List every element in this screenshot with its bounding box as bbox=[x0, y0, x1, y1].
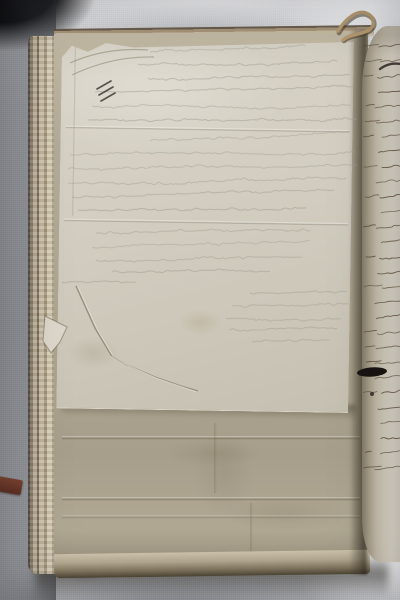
sheet-crease bbox=[66, 125, 350, 132]
sheet-crease bbox=[64, 218, 348, 225]
under-page-crease bbox=[62, 436, 360, 440]
page-bottom-edge bbox=[54, 550, 370, 578]
under-page-vertical-mark bbox=[250, 503, 253, 553]
under-page-crease bbox=[62, 515, 360, 519]
under-page-crease bbox=[62, 497, 360, 501]
right-page-edge bbox=[362, 26, 400, 562]
scene bbox=[0, 0, 400, 600]
under-page-vertical-mark bbox=[214, 423, 217, 493]
top-sheet bbox=[56, 37, 354, 413]
